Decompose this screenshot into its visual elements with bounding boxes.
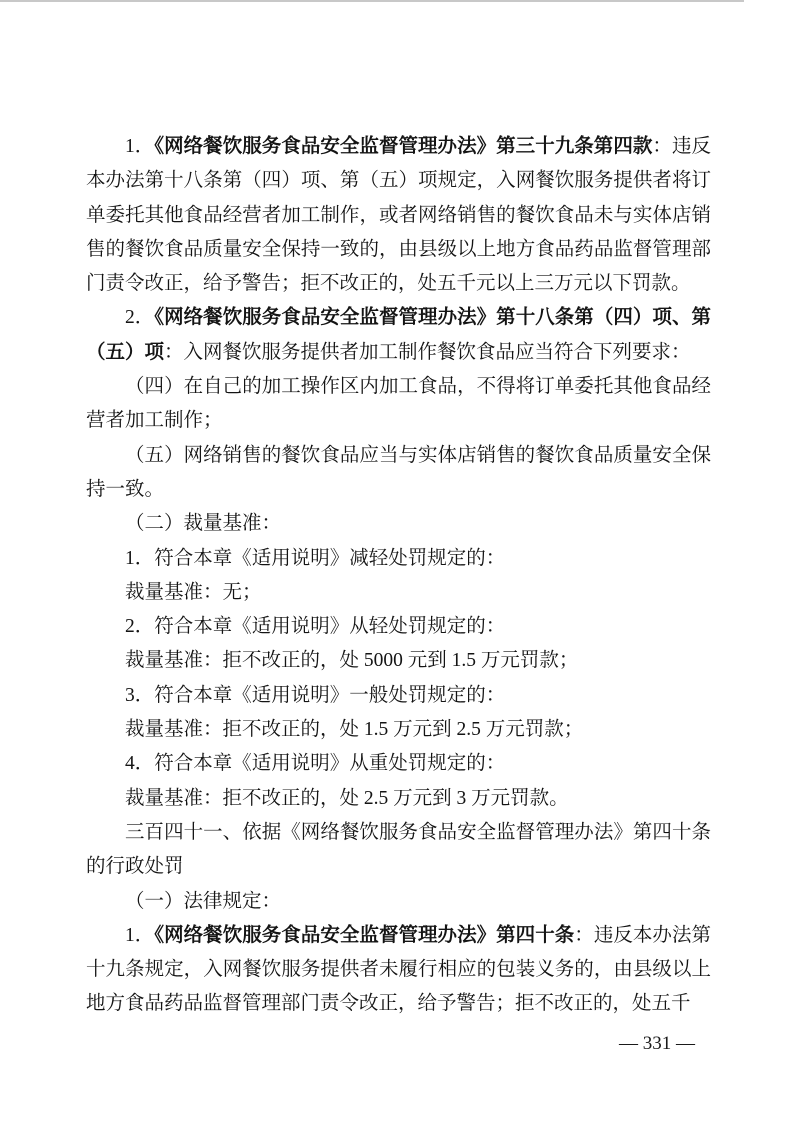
paragraph-discretion-2: 2．符合本章《适用说明》从轻处罚规定的： (86, 610, 711, 644)
paragraph-clause-39-4: 1．《网络餐饮服务食品安全监督管理办法》第三十九条第四款：违反本办法第十八条第（… (86, 130, 711, 301)
list-number: 2． (125, 307, 154, 328)
heading-text: 三百四十一、依据《网络餐饮服务食品安全监督管理办法》第四十条的行政处罚 (86, 822, 711, 877)
paragraph-discretion-4-base: 裁量基准：拒不改正的，处 2.5 万元到 3 万元罚款。 (86, 782, 711, 816)
item-text: 裁量基准：无； (125, 582, 262, 603)
paragraph-discretion-heading: （二）裁量基准： (86, 507, 711, 541)
paragraph-clause-18: 2．《网络餐饮服务食品安全监督管理办法》第十八条第（四）项、第（五）项：入网餐饮… (86, 301, 711, 370)
item-text: （五）网络销售的餐饮食品应当与实体店销售的餐饮食品质量安全保持一致。 (86, 445, 711, 500)
item-text: 4．符合本章《适用说明》从重处罚规定的： (125, 753, 505, 774)
statute-citation: 《网络餐饮服务食品安全监督管理办法》第三十九条第四款 (154, 136, 652, 157)
item-text: 裁量基准：拒不改正的，处 5000 元到 1.5 万元罚款； (125, 650, 578, 671)
paragraph-item-five: （五）网络销售的餐饮食品应当与实体店销售的餐饮食品质量安全保持一致。 (86, 439, 711, 508)
item-text: 裁量基准：拒不改正的，处 1.5 万元到 2.5 万元罚款； (125, 719, 583, 740)
document-body: 1．《网络餐饮服务食品安全监督管理办法》第三十九条第四款：违反本办法第十八条第（… (86, 130, 711, 1022)
item-text: 1．符合本章《适用说明》减轻处罚规定的： (125, 548, 505, 569)
page-number: — 331 — (619, 1032, 695, 1056)
paragraph-discretion-3: 3．符合本章《适用说明》一般处罚规定的： (86, 679, 711, 713)
list-number: 1． (125, 136, 154, 157)
paragraph-legal-provision-heading: （一）法律规定： (86, 885, 711, 919)
heading-text: （一）法律规定： (125, 891, 281, 912)
scan-edge-artifact (0, 0, 744, 2)
heading-text: （二）裁量基准： (125, 513, 281, 534)
paragraph-clause-40: 1．《网络餐饮服务食品安全监督管理办法》第四十条：违反本办法第十九条规定，入网餐… (86, 919, 711, 1022)
item-text: （四）在自己的加工操作区内加工食品，不得将订单委托其他食品经营者加工制作； (86, 376, 711, 431)
paragraph-discretion-2-base: 裁量基准：拒不改正的，处 5000 元到 1.5 万元罚款； (86, 644, 711, 678)
document-page: 1．《网络餐饮服务食品安全监督管理办法》第三十九条第四款：违反本办法第十八条第（… (0, 0, 793, 1122)
item-text: 3．符合本章《适用说明》一般处罚规定的： (125, 685, 505, 706)
list-number: 1． (125, 925, 154, 946)
item-text: 2．符合本章《适用说明》从轻处罚规定的： (125, 616, 505, 637)
statute-citation: 《网络餐饮服务食品安全监督管理办法》第四十条 (154, 925, 574, 946)
clause-text: ：入网餐饮服务提供者加工制作餐饮食品应当符合下列要求： (164, 342, 691, 363)
paragraph-discretion-3-base: 裁量基准：拒不改正的，处 1.5 万元到 2.5 万元罚款； (86, 713, 711, 747)
clause-text: ：违反本办法第十八条第（四）项、第（五）项规定，入网餐饮服务提供者将订单委托其他… (86, 136, 711, 294)
paragraph-section-341-heading: 三百四十一、依据《网络餐饮服务食品安全监督管理办法》第四十条的行政处罚 (86, 816, 711, 885)
paragraph-discretion-4: 4．符合本章《适用说明》从重处罚规定的： (86, 747, 711, 781)
paragraph-discretion-1-base: 裁量基准：无； (86, 576, 711, 610)
paragraph-discretion-1: 1．符合本章《适用说明》减轻处罚规定的： (86, 542, 711, 576)
item-text: 裁量基准：拒不改正的，处 2.5 万元到 3 万元罚款。 (125, 788, 569, 809)
paragraph-item-four: （四）在自己的加工操作区内加工食品，不得将订单委托其他食品经营者加工制作； (86, 370, 711, 439)
